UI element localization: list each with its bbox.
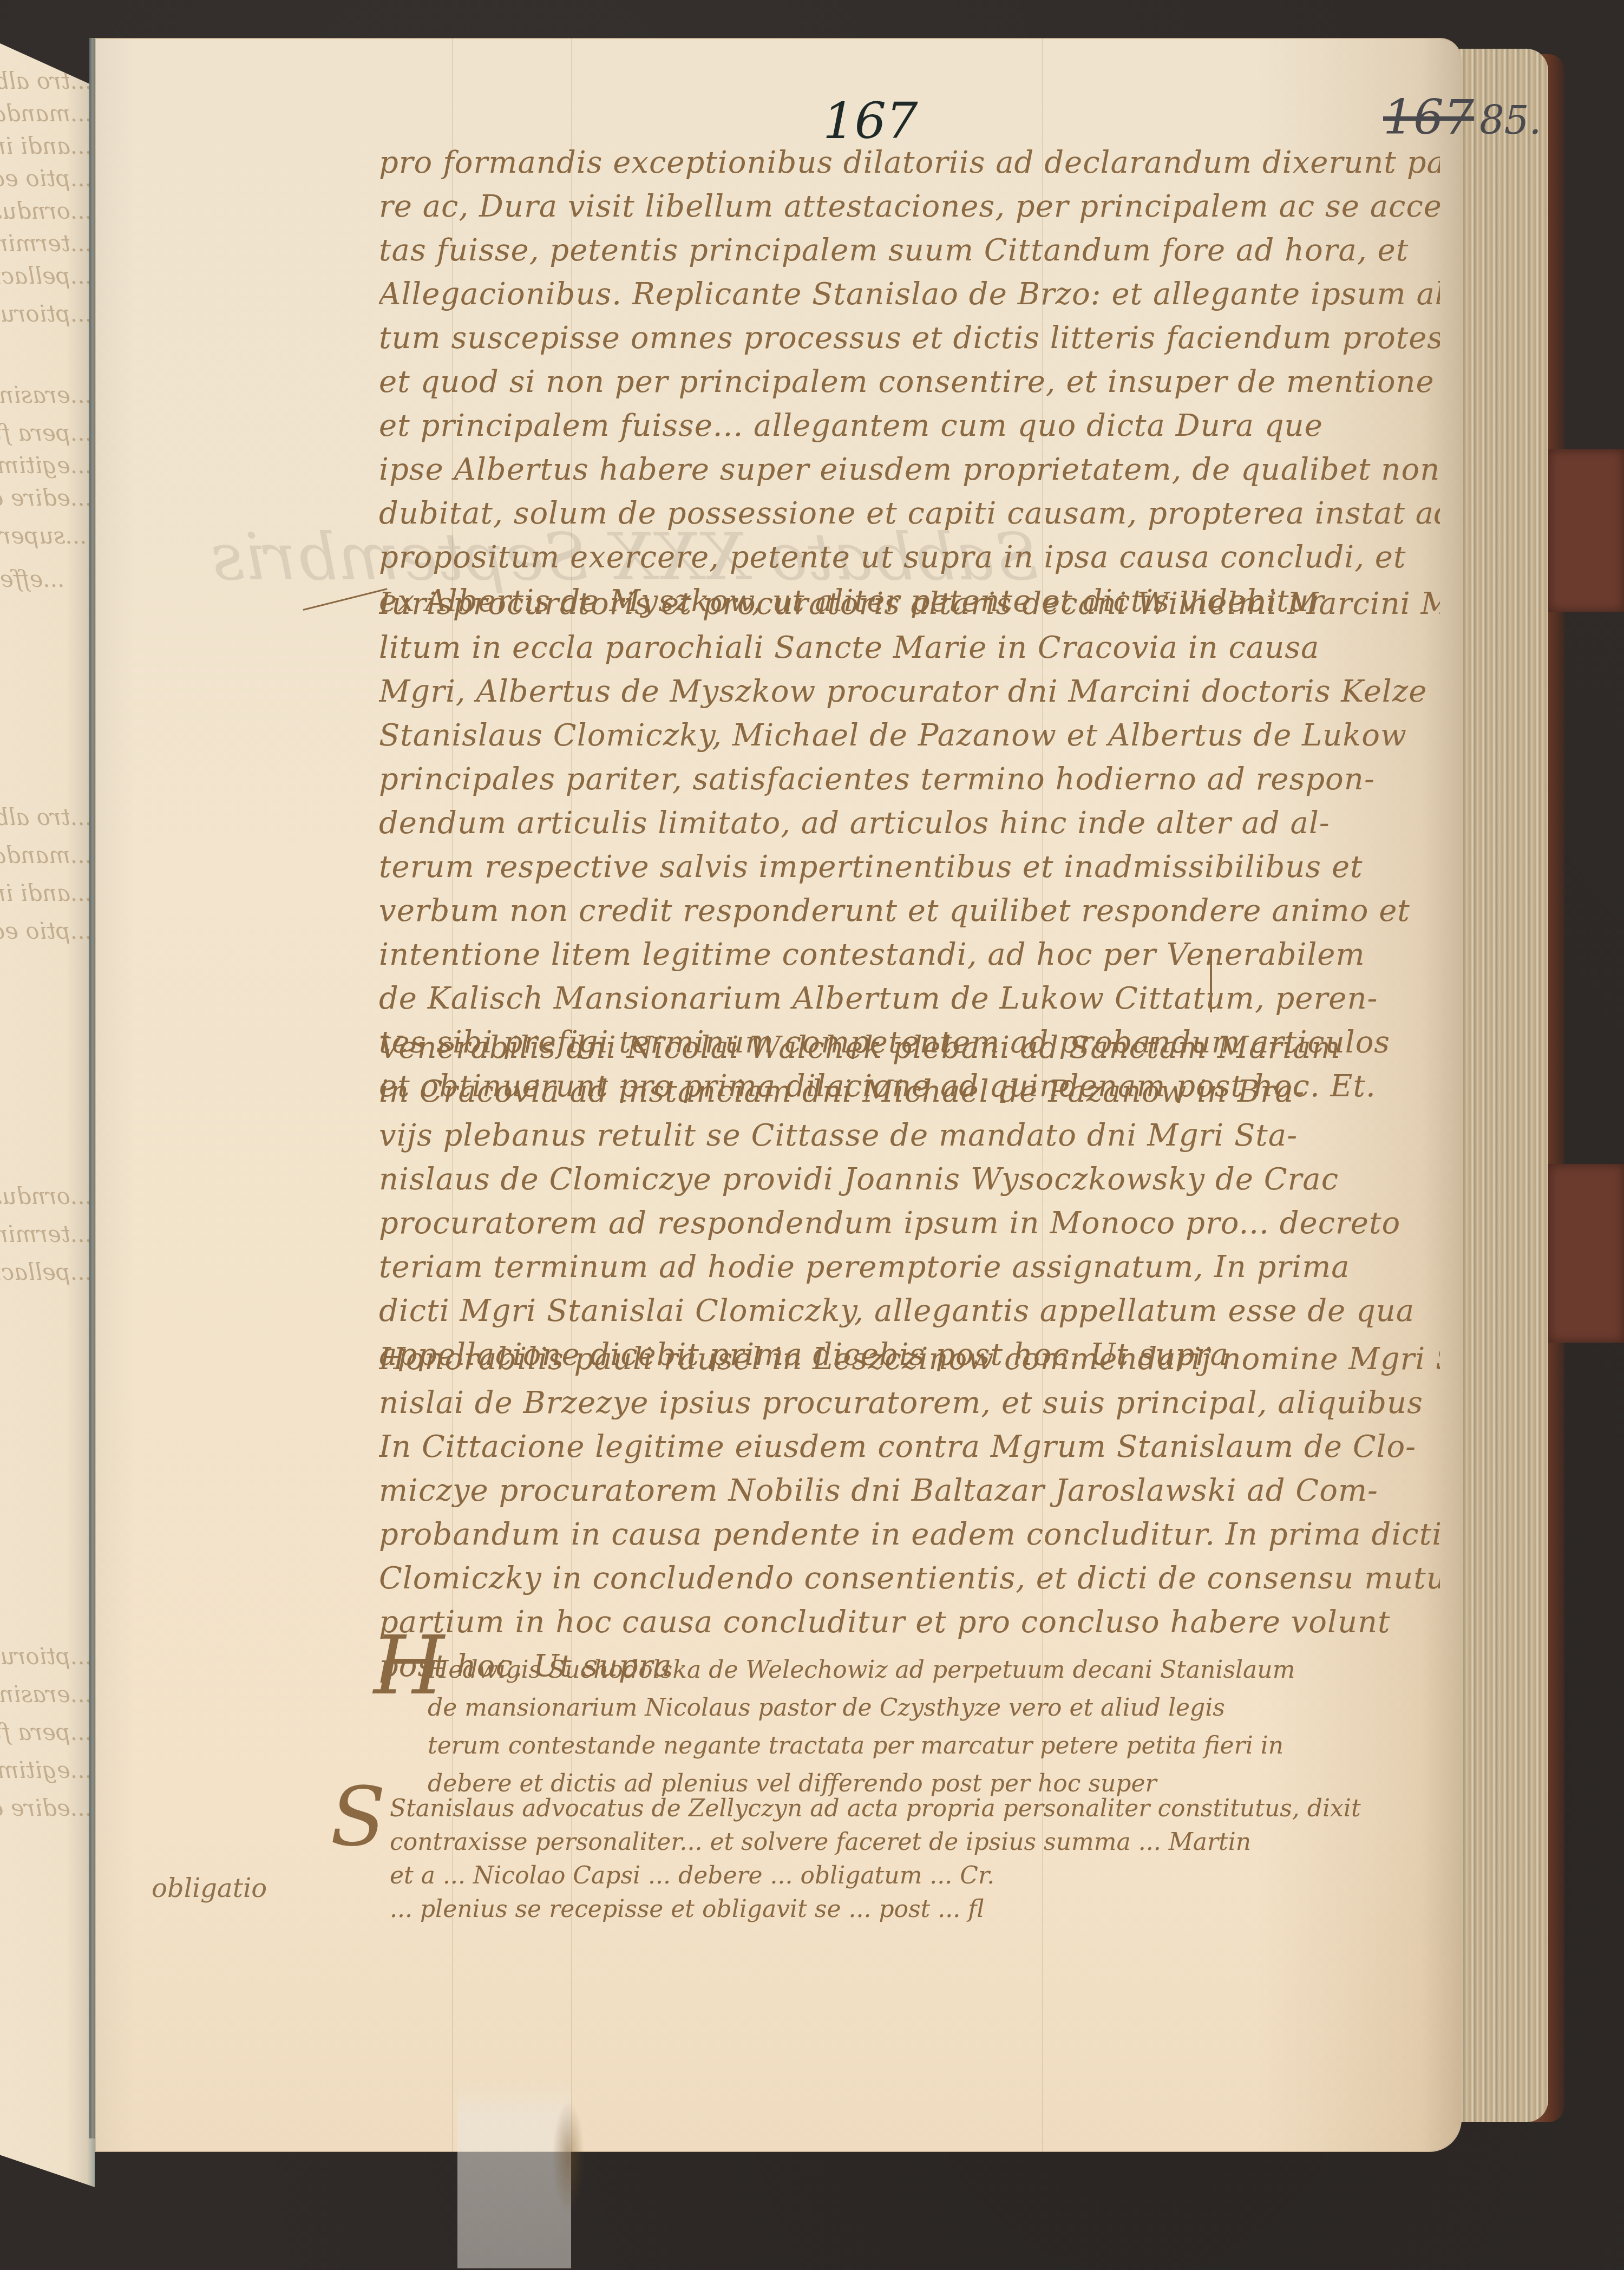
margin-note: obligatio [152,1873,267,1903]
text-line: in Cracovia ad instanciam dni Michael de… [379,1070,1440,1114]
text-line: Clomiczky in concludendo consentientis, … [379,1556,1440,1600]
text-line: intentione litem legitime contestandi, a… [379,933,1440,977]
paragraph-6: Stanislaus advocatus de Zellyczyn ad act… [390,1792,1440,1926]
left-ghost-line: ...erasinie [0,1678,92,1711]
decorated-initial-s: S [330,1770,386,1865]
folio-number-struck: 167 [1383,89,1474,145]
text-line: nislai de Brzezye ipsius procuratorem, e… [379,1381,1440,1425]
text-line: Allegacionibus. Replicante Stanislao de … [379,272,1440,316]
text-line: pro formandis exceptionibus dilatoriis a… [379,141,1440,185]
text-line: Stanislaus advocatus de Zellyczyn ad act… [390,1792,1440,1826]
left-ghost-line: ...ptio eo [0,162,92,195]
text-line: dicti Mgri Stanislai Clomiczky, allegant… [379,1289,1440,1333]
text-line: tum suscepisse omnes processus et dictis… [379,316,1440,360]
text-line: miczye procuratorem Nobilis dni Baltazar… [379,1469,1440,1513]
text-line: contraxisse personaliter... et solvere f… [390,1826,1440,1859]
text-line: terum contestande negante tractata per m… [428,1727,1440,1765]
paragraph-end-stroke [1210,953,1212,1012]
left-ghost-line: ...pellacionis [0,260,92,292]
text-line: et a ... Nicolao Capsi ... debere ... ob… [390,1859,1440,1893]
text-line: Iurisprocuratoris et procuratoris altari… [379,582,1440,626]
ink-stain [552,2101,585,2214]
text-line: et quod si non per principalem consentir… [379,360,1440,404]
left-ghost-line: ...egitimus [0,1754,92,1787]
left-ghost-line: ...pera fuere [0,417,92,449]
text-line: re ac, Dura visit libellum attestaciones… [379,185,1440,228]
left-ghost-line: ...terminum [0,1218,92,1251]
text-line: et principalem fuisse... allegantem cum … [379,404,1440,448]
left-ghost-line: ...edire et [0,482,92,514]
text-line: Venerabilis dni Nicolai Walchek plebani … [379,1026,1440,1070]
page-stack-edge [1456,49,1548,2122]
text-line: dubitat, solum de possessione et capiti … [379,492,1440,535]
text-line: probandum in causa pendente in eadem con… [379,1513,1440,1556]
text-line: ipse Albertus habere super eiusdem propr… [379,448,1440,492]
left-ghost-line: ...mandato dni [0,839,92,872]
text-line: ... plenius se recepisse et obligavit se… [390,1893,1440,1926]
text-line: Stanislaus Clomiczky, Michael de Pazanow… [379,714,1440,757]
left-ghost-line: ...orndusi [0,195,92,227]
left-ghost-line: ...terminum [0,227,92,260]
binding-strap-middle [1548,1164,1624,1343]
left-ghost-line: ...edire et [0,1792,92,1824]
text-line: teriam terminum ad hodie peremptorie ass… [379,1245,1440,1289]
text-line: Hedwigis Suchodolska de Welechowiz ad pe… [428,1651,1440,1689]
text-line: principales pariter, satisfacientes term… [379,757,1440,801]
text-line: verbum non credit responderunt et quilib… [379,889,1440,933]
text-line: Honorabilis pauli rausel in Leszczinow c… [379,1337,1440,1381]
text-line: de Kalisch Mansionarium Albertum de Luko… [379,977,1440,1020]
folio-number-new: 85. [1479,97,1542,143]
left-ghost-line: ...erasinie [0,379,92,411]
left-ghost-line: ...super [0,520,92,552]
paragraph-1: pro formandis exceptionibus dilatoriis a… [379,141,1440,623]
left-facing-page: ...tro albertus ...mandato dni ...andi i… [0,43,95,2187]
left-ghost-line: ...tro albertus [0,801,92,834]
text-line: procuratorem ad respondendum ipsum in Mo… [379,1201,1440,1245]
paragraph-4: Honorabilis pauli rausel in Leszczinow c… [379,1337,1440,1688]
folio-number-pencil: 16785. [1383,89,1541,145]
left-ghost-line: ...andi in ca [0,130,92,162]
left-ghost-line: ...ptiorum [0,298,92,330]
text-line: terum respective salvis impertinentibus … [379,845,1440,889]
text-line: litum in eccla parochiali Sancte Marie i… [379,626,1440,670]
text-line: tas fuisse, petentis principalem suum Ci… [379,228,1440,272]
left-ghost-line: ...pellacionis [0,1256,92,1288]
binding-strap-top [1548,449,1624,612]
left-ghost-line: ...orndusi [0,1180,92,1213]
paragraph-3: Venerabilis dni Nicolai Walchek plebani … [379,1026,1440,1377]
left-ghost-line: ...ptio eo [0,915,92,947]
left-ghost-line: ...effe [0,563,92,596]
text-line: Mgri, Albertus de Myszkow procurator dni… [379,670,1440,714]
text-line: partium in hoc causa concluditur et pro … [379,1600,1440,1644]
left-ghost-line: ...mandato dni [0,97,92,130]
text-line: dendum articulis limitato, ad articulos … [379,801,1440,845]
text-line: de mansionarium Nicolaus pastor de Czyst… [428,1689,1440,1727]
text-line: nislaus de Clomiczye providi Joannis Wys… [379,1157,1440,1201]
text-line: vijs plebanus retulit se Cittasse de man… [379,1114,1440,1157]
left-ghost-line: ...andi in ca [0,877,92,910]
left-ghost-line: ...ptiorum [0,1640,92,1673]
text-line: In Cittacione legitime eiusdem contra Mg… [379,1425,1440,1469]
text-line: propositum exercere, petente ut supra in… [379,535,1440,579]
left-ghost-line: ...egitimus [0,449,92,482]
paragraph-5: Hedwigis Suchodolska de Welechowiz ad pe… [428,1651,1440,1803]
left-ghost-line: ...pera fuere [0,1716,92,1749]
